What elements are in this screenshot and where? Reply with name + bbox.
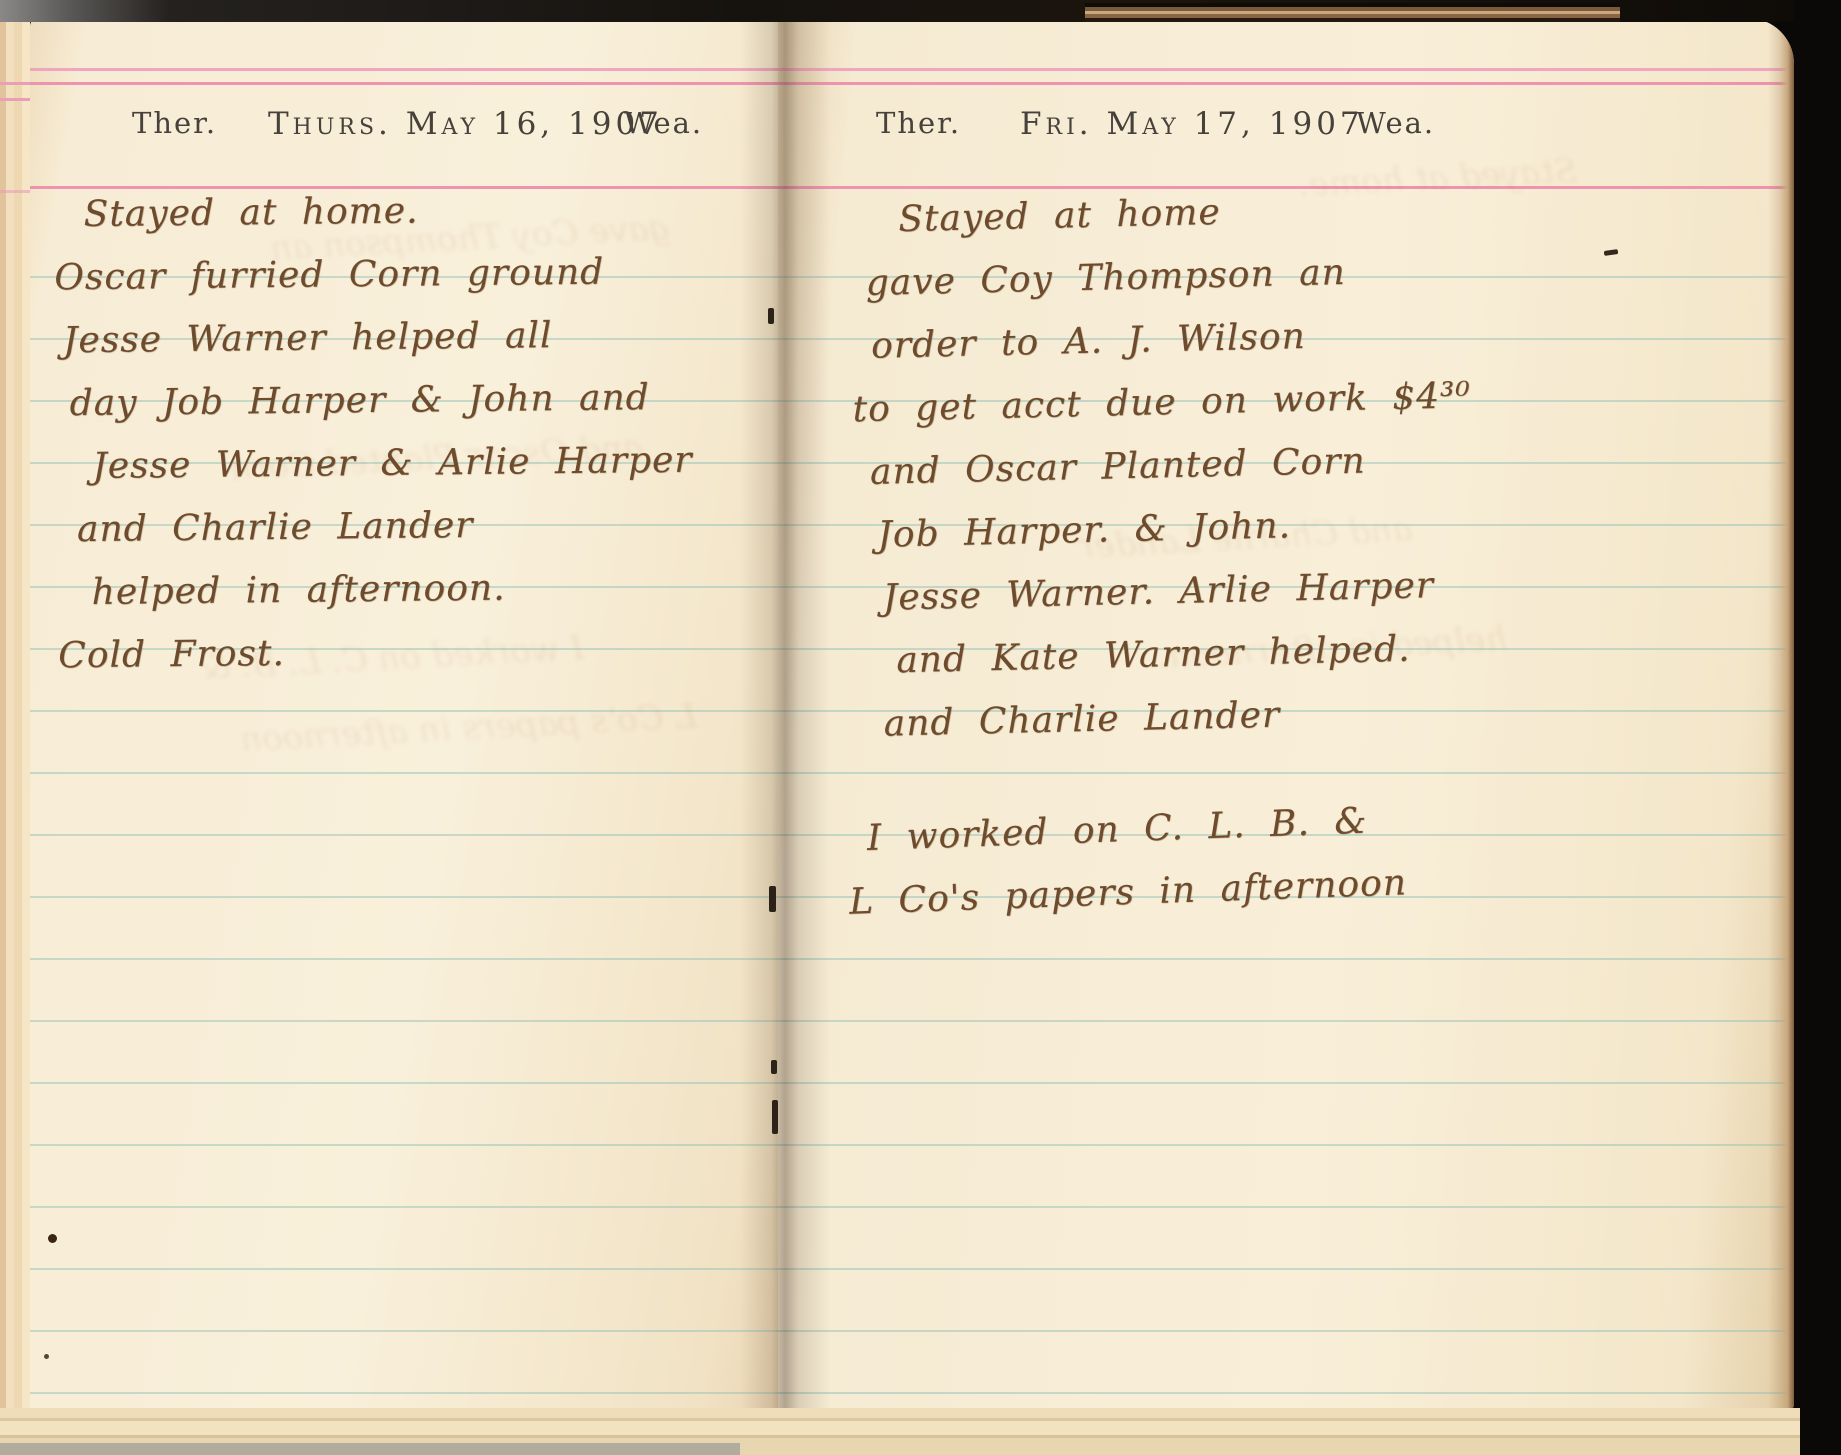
handwritten-line: helped in afternoon. bbox=[91, 557, 694, 626]
handwritten-line: and Charlie Lander bbox=[77, 494, 694, 563]
handwritten-entry: Stayed at homegave Coy Thompson anorder … bbox=[864, 177, 1479, 758]
ink-speck bbox=[44, 1354, 49, 1359]
left-page-stack-edge bbox=[0, 20, 30, 1410]
handwritten-line: Cold Frost. bbox=[58, 620, 695, 690]
thermometer-label: Ther. bbox=[132, 106, 217, 140]
page-date: Thurs. May 16, 1907 bbox=[268, 106, 663, 142]
handwritten-line: Jesse Warner & Arlie Harper bbox=[92, 431, 693, 500]
binding-stitch bbox=[768, 308, 774, 324]
underpage-pink-rule-fragment bbox=[0, 82, 30, 85]
handwritten-line: Oscar furried Corn ground bbox=[54, 242, 691, 312]
thermometer-label: Ther. bbox=[876, 106, 961, 140]
page-header: Ther. Thurs. May 16, 1907 Wea. bbox=[30, 106, 778, 158]
handwritten-line: and Charlie Lander bbox=[883, 681, 1479, 757]
page-header: Ther. Fri. May 17, 1907 Wea. bbox=[778, 106, 1794, 158]
handwritten-line: day Job Harper & John and bbox=[69, 368, 692, 438]
underpage-pink-rule-fragment bbox=[0, 98, 30, 101]
right-page: Ther. Fri. May 17, 1907 Wea. Stayed at h… bbox=[778, 18, 1794, 1412]
photo-right-edge bbox=[1794, 0, 1841, 1455]
weather-label: Wea. bbox=[1356, 106, 1435, 140]
ink-speck bbox=[48, 1234, 57, 1243]
handwritten-entry: Stayed at home.Oscar furried Corn ground… bbox=[53, 179, 694, 690]
handwritten-note: I worked on C. L. B. &L Co's papers in a… bbox=[846, 790, 1408, 935]
header-rule-top-2 bbox=[30, 82, 778, 85]
header-rule-top bbox=[778, 68, 1794, 71]
weather-label: Wea. bbox=[624, 106, 703, 140]
page-date: Fri. May 17, 1907 bbox=[1020, 106, 1364, 142]
diary-photo: Ther. Thurs. May 16, 1907 Wea. gave Coy … bbox=[0, 0, 1841, 1455]
top-page-stack-edge bbox=[1085, 3, 1620, 22]
handwritten-line: Stayed at home. bbox=[83, 179, 690, 248]
header-rule-top bbox=[30, 68, 778, 71]
scanner-bed-strip bbox=[0, 1443, 740, 1455]
binding-stitch bbox=[772, 1100, 778, 1134]
left-page: Ther. Thurs. May 16, 1907 Wea. gave Coy … bbox=[30, 18, 778, 1412]
binding-stitch bbox=[769, 886, 776, 912]
binding-stitch bbox=[771, 1060, 777, 1074]
handwritten-line: Jesse Warner helped all bbox=[63, 305, 692, 375]
underpage-pink-rule-fragment bbox=[0, 190, 30, 193]
header-rule-top-2 bbox=[778, 82, 1794, 85]
